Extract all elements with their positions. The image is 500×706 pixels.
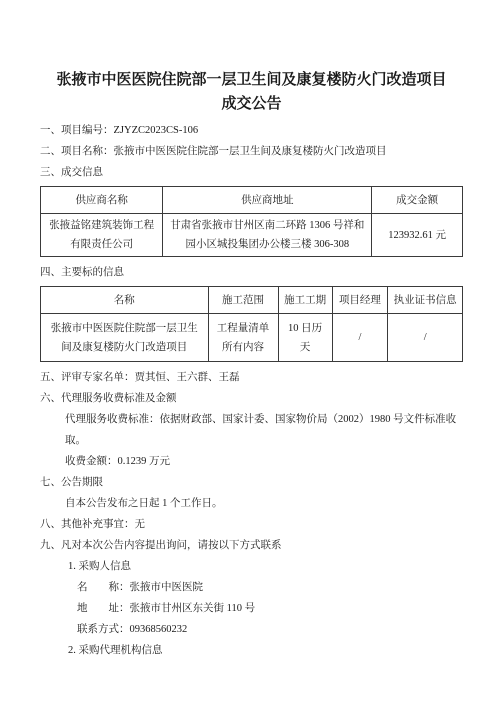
- project-manager-header-cell: 项目经理: [332, 287, 388, 314]
- section-announcement-period-heading: 七、公告期限: [40, 472, 463, 493]
- supplier-address-cell: 甘肃省张掖市甘州区南二环路 1306 号祥和园小区城投集团办公楼三楼 306-3…: [163, 214, 372, 257]
- supplier-address-header-cell: 供应商地址: [163, 187, 372, 214]
- purchaser-info-title: 1. 采购人信息: [40, 556, 463, 577]
- section-award-info-heading: 三、成交信息: [40, 162, 463, 183]
- award-amount-header-cell: 成交金额: [372, 187, 463, 214]
- agency-fee-standard-paragraph: 代理服务收费标准：依据财政部、国家计委、国家物价局（2002）1980 号文件标…: [40, 409, 463, 451]
- project-name-header-cell: 名称: [41, 287, 209, 314]
- document-title-line-1: 张掖市中医医院住院部一层卫生间及康复楼防火门改造项目: [40, 68, 463, 92]
- section-agency-fee-heading: 六、代理服务收费标准及金额: [40, 388, 463, 409]
- document-title: 张掖市中医医院住院部一层卫生间及康复楼防火门改造项目 成交公告: [40, 68, 463, 116]
- supplier-name-cell: 张掖益铭建筑装饰工程有限责任公司: [41, 214, 163, 257]
- section-project-number: 一、项目编号：ZJYZC2023CS-106: [40, 120, 463, 141]
- table-row: 张掖市中医医院住院部一层卫生间及康复楼防火门改造项目 工程量清单所有内容 10 …: [41, 314, 463, 362]
- agency-fee-amount-paragraph: 收费金额：0.1239 万元: [40, 451, 463, 472]
- table-header-row: 名称 施工范围 施工工期 项目经理 执业证书信息: [41, 287, 463, 314]
- supplier-award-table: 供应商名称 供应商地址 成交金额 张掖益铭建筑装饰工程有限责任公司 甘肃省张掖市…: [40, 186, 463, 257]
- construction-period-cell: 10 日历天: [278, 314, 332, 362]
- project-manager-cell: /: [332, 314, 388, 362]
- construction-period-header-cell: 施工工期: [278, 287, 332, 314]
- document-title-line-2: 成交公告: [40, 92, 463, 116]
- license-info-cell: /: [388, 314, 463, 362]
- agency-info-title: 2. 采购代理机构信息: [40, 640, 463, 661]
- section-contact-heading: 九、凡对本次公告内容提出询问，请按以下方式联系: [40, 535, 463, 556]
- table-header-row: 供应商名称 供应商地址 成交金额: [41, 187, 463, 214]
- section-subject-matter-heading: 四、主要标的信息: [40, 262, 463, 283]
- project-name-cell: 张掖市中医医院住院部一层卫生间及康复楼防火门改造项目: [41, 314, 209, 362]
- section-other-matters: 八、其他补充事宜：无: [40, 514, 463, 535]
- construction-scope-cell: 工程量清单所有内容: [208, 314, 278, 362]
- license-info-header-cell: 执业证书信息: [388, 287, 463, 314]
- section-expert-list: 五、评审专家名单：贾其恒、王六群、王磊: [40, 367, 463, 388]
- award-amount-cell: 123932.61 元: [372, 214, 463, 257]
- table-row: 张掖益铭建筑装饰工程有限责任公司 甘肃省张掖市甘州区南二环路 1306 号祥和园…: [41, 214, 463, 257]
- announcement-period-paragraph: 自本公告发布之日起 1 个工作日。: [40, 493, 463, 514]
- purchaser-name-line: 名 称：张掖市中医医院: [40, 577, 463, 598]
- subject-matter-table: 名称 施工范围 施工工期 项目经理 执业证书信息 张掖市中医医院住院部一层卫生间…: [40, 286, 463, 362]
- construction-scope-header-cell: 施工范围: [208, 287, 278, 314]
- purchaser-address-line: 地 址：张掖市甘州区东关街 110 号: [40, 598, 463, 619]
- supplier-name-header-cell: 供应商名称: [41, 187, 163, 214]
- purchaser-contact-line: 联系方式：09368560232: [40, 619, 463, 640]
- section-project-name: 二、项目名称：张掖市中医医院住院部一层卫生间及康复楼防火门改造项目: [40, 141, 463, 162]
- announcement-document-page: 张掖市中医医院住院部一层卫生间及康复楼防火门改造项目 成交公告 一、项目编号：Z…: [0, 0, 500, 706]
